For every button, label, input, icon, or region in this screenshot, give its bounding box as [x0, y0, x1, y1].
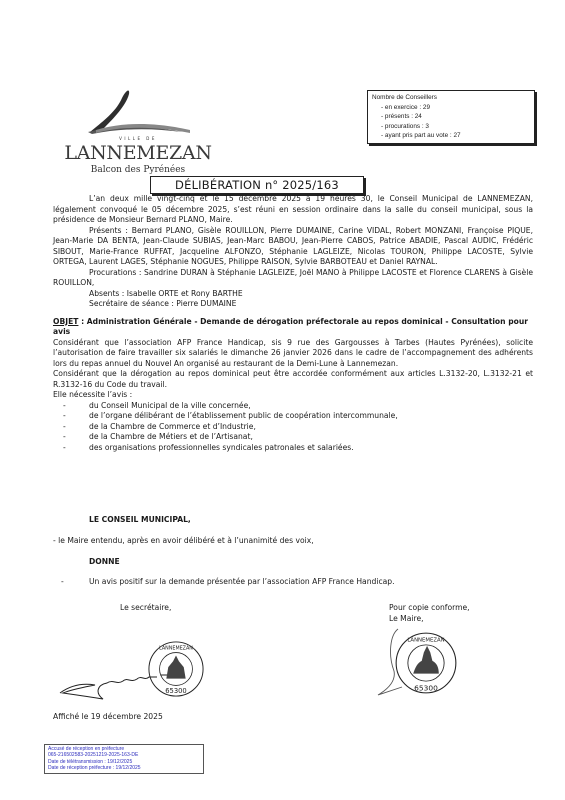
count-in-office: - en exercice : 29	[372, 103, 534, 113]
count-proxies: - procurations : 3	[372, 122, 534, 132]
avis-list-item: de la Chambre de Commerce et d’Industrie…	[53, 422, 533, 433]
city-seal-icon: 65300 LANNEMEZAN	[147, 640, 205, 698]
avis-list-item: des organisations professionnelles syndi…	[53, 443, 533, 454]
svg-text:LANNEMEZAN: LANNEMEZAN	[159, 646, 193, 652]
council-heading: LE CONSEIL MUNICIPAL,	[89, 515, 191, 524]
mayor-heard-line: - le Maire entendu, après en avoir délib…	[53, 536, 314, 545]
considerant-2: Considérant que la dérogation au repos d…	[53, 369, 533, 390]
mayor-signature-block: Pour copie conforme, Le Maire,	[389, 603, 470, 624]
count-box-title: Nombre de Conseillers	[372, 93, 534, 103]
logo-name: LANNEMEZAN	[58, 142, 218, 164]
svg-text:LANNEMEZAN: LANNEMEZAN	[407, 638, 444, 644]
certified-copy-label: Pour copie conforme,	[389, 603, 470, 614]
avis-list-item: de l’organe délibérant de l’établissemen…	[53, 411, 533, 422]
subject-text: : Administration Générale - Demande de d…	[53, 317, 528, 337]
avis-list: du Conseil Municipal de la ville concern…	[53, 401, 533, 454]
decision-text: Un avis positif sur la demande présentée…	[89, 577, 395, 586]
presents-paragraph: Présents : Bernard PLANO, Gisèle ROUILLO…	[53, 226, 533, 268]
prefecture-receipt-box: Accusé de réception en préfecture 065-21…	[44, 744, 204, 774]
considerant-1: Considérant que l’association AFP France…	[53, 338, 533, 370]
avis-intro: Elle nécessite l’avis :	[53, 390, 533, 401]
absents-line: Absents : Isabelle ORTE et Rony BARTHE	[53, 289, 533, 300]
document-body: L’an deux mille vingt-cinq et le 15 déce…	[53, 194, 533, 453]
secretary-line: Secrétaire de séance : Pierre DUMAINE	[53, 299, 533, 310]
subject-heading: OBJET : Administration Générale - Demand…	[53, 317, 533, 338]
svg-text:65300: 65300	[165, 687, 186, 695]
swoosh-icon	[82, 86, 192, 136]
opening-paragraph: L’an deux mille vingt-cinq et le 15 déce…	[53, 194, 533, 226]
logo-tagline: Balcon des Pyrénées	[58, 165, 218, 175]
mayor-label: Le Maire,	[389, 614, 470, 625]
decision-dash: -	[61, 577, 89, 586]
decision-line: -Un avis positif sur la demande présenté…	[61, 577, 395, 586]
city-seal-icon: 65300 LANNEMEZAN	[394, 631, 458, 695]
document-title: DÉLIBÉRATION n° 2025/163	[150, 176, 364, 194]
procurations-paragraph: Procurations : Sandrine DURAN à Stéphani…	[53, 268, 533, 289]
count-voting: - ayant pris part au vote : 27	[372, 131, 534, 141]
avis-list-item: du Conseil Municipal de la ville concern…	[53, 401, 533, 412]
subject-label: OBJET	[53, 317, 78, 326]
avis-list-item: de la Chambre de Métiers et de l’Artisan…	[53, 432, 533, 443]
secretary-signature: 65300 LANNEMEZAN	[57, 655, 197, 709]
mayor-signature: 65300 LANNEMEZAN	[376, 625, 406, 709]
gives-heading: DONNE	[89, 557, 120, 566]
reception-date: Date de réception préfecture : 19/12/202…	[48, 765, 203, 771]
secretary-signature-label: Le secrétaire,	[120, 603, 171, 612]
councillors-count-box: Nombre de Conseillers - en exercice : 29…	[367, 90, 535, 144]
city-logo: VILLE DE LANNEMEZAN Balcon des Pyrénées	[58, 86, 218, 178]
count-present: - présents : 24	[372, 112, 534, 122]
svg-text:65300: 65300	[414, 684, 438, 693]
logo-prefix: VILLE DE	[58, 136, 218, 141]
posted-date: Affiché le 19 décembre 2025	[53, 712, 163, 721]
